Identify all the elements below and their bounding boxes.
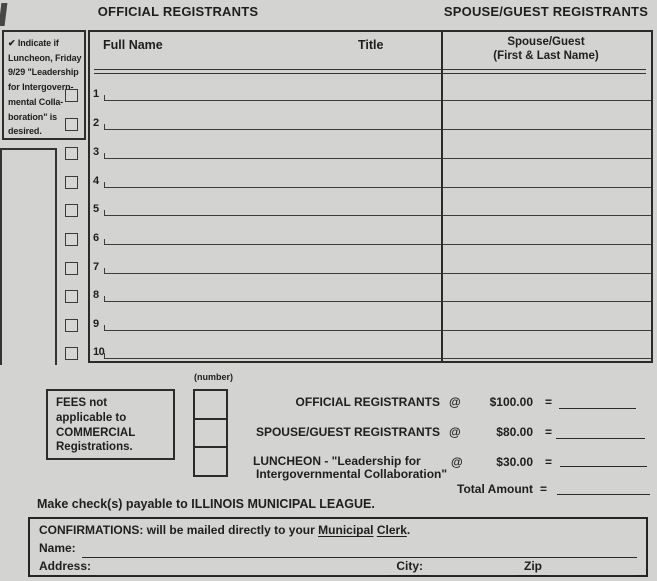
equals-sign: = (545, 425, 552, 439)
registration-form-page: OFFICIAL REGISTRANTS SPOUSE/GUEST REGIST… (0, 0, 657, 581)
official-fee-amount: $100.00 (455, 395, 533, 409)
row-number: 4 (93, 175, 99, 187)
registration-table: Full Name Title Spouse/Guest (First & La… (88, 30, 653, 363)
zip-label: Zip (524, 558, 542, 576)
spouse-guest-fee-label: SPOUSE/GUEST REGISTRANTS (256, 425, 440, 439)
spouse-guest-header-line1: Spouse/Guest (443, 36, 649, 50)
row-number: 9 (93, 318, 99, 330)
title-column-header: Title (358, 38, 383, 52)
address-label: Address: (39, 558, 91, 576)
spouse-guest-line[interactable] (443, 325, 651, 331)
clerk-underlined: Clerk (377, 523, 407, 537)
checkbox-column-bracket (0, 148, 57, 365)
spouse-guest-line[interactable] (443, 153, 651, 159)
full-name-column-header: Full Name (103, 38, 163, 52)
fees-note-line4: Registrations. (56, 440, 173, 455)
spouse-guest-header-line2: (First & Last Name) (443, 50, 649, 64)
luncheon-fee-amount: $30.00 (455, 455, 533, 469)
spouse-guest-line[interactable] (443, 239, 651, 245)
spouse-guest-total-line[interactable] (556, 426, 645, 439)
row-number: 6 (93, 232, 99, 244)
spouse-guest-line[interactable] (443, 296, 651, 302)
full-name-title-line[interactable] (104, 239, 442, 245)
row-number: 5 (93, 203, 99, 215)
make-checks-payable-text: Make check(s) payable to ILLINOIS MUNICI… (37, 497, 375, 511)
luncheon-checkbox[interactable] (65, 347, 78, 360)
note-line-3: 9/29 "Leadership (8, 65, 82, 80)
spouse-column-divider (441, 32, 443, 361)
spouse-guest-line[interactable] (443, 210, 651, 216)
spouse-guest-registrants-heading: SPOUSE/GUEST REGISTRANTS (436, 4, 656, 19)
confirmations-text: CONFIRMATIONS: will be mailed directly t… (39, 522, 637, 540)
row-number: 10 (93, 346, 104, 358)
luncheon-fee-label-line2: Intergovernmental Collaboration" (256, 467, 447, 481)
row-number: 8 (93, 289, 99, 301)
official-registrants-heading: OFFICIAL REGISTRANTS (88, 4, 268, 19)
row-number: 3 (93, 146, 99, 158)
confirmations-prefix: CONFIRMATIONS: will be mailed directly t… (39, 523, 315, 537)
full-name-title-line[interactable] (104, 325, 442, 331)
row-number: 2 (93, 117, 99, 129)
city-label: City: (396, 558, 423, 576)
count-boxes (193, 389, 228, 477)
header-double-rule (94, 69, 646, 74)
number-caption: (number) (194, 372, 233, 382)
luncheon-checkbox[interactable] (65, 118, 78, 131)
note-text: Indicate if (18, 38, 59, 48)
row-number: 1 (93, 88, 99, 100)
spouse-guest-line[interactable] (443, 268, 651, 274)
full-name-title-line[interactable] (104, 95, 442, 101)
fees-note-line2: applicable to (56, 411, 173, 426)
luncheon-count-box[interactable] (195, 446, 226, 475)
luncheon-checkbox[interactable] (65, 204, 78, 217)
fees-note-line3: COMMERCIAL (56, 426, 173, 441)
spouse-guest-count-box[interactable] (195, 418, 226, 447)
luncheon-checkbox[interactable] (65, 290, 78, 303)
spouse-guest-column-header: Spouse/Guest (First & Last Name) (443, 36, 649, 63)
scan-artifact (0, 3, 7, 26)
name-input-line[interactable] (82, 544, 637, 558)
city-input-line[interactable] (429, 562, 516, 576)
full-name-title-line[interactable] (104, 124, 442, 130)
equals-sign: = (545, 395, 552, 409)
zip-input-line[interactable] (548, 562, 635, 576)
total-amount-label: Total Amount (457, 482, 533, 496)
luncheon-checkbox[interactable] (65, 147, 78, 160)
luncheon-checkbox[interactable] (65, 233, 78, 246)
luncheon-checkbox[interactable] (65, 176, 78, 189)
full-name-title-line[interactable] (104, 296, 442, 302)
full-name-title-line[interactable] (104, 182, 442, 188)
full-name-title-line[interactable] (104, 268, 442, 274)
full-name-title-line[interactable] (104, 353, 442, 359)
confirmations-box: CONFIRMATIONS: will be mailed directly t… (28, 517, 648, 577)
full-name-title-line[interactable] (104, 153, 442, 159)
row-number: 7 (93, 261, 99, 273)
municipal-underlined: Municipal (318, 523, 373, 537)
official-registrants-fee-label: OFFICIAL REGISTRANTS (296, 395, 440, 409)
luncheon-fee-label-line1: LUNCHEON - "Leadership for (253, 454, 421, 468)
note-line-2: Luncheon, Friday (8, 51, 82, 66)
note-line-1: ✔ Indicate if (8, 36, 82, 51)
spouse-guest-fee-amount: $80.00 (455, 425, 533, 439)
luncheon-total-line[interactable] (560, 454, 647, 467)
equals-sign: = (545, 455, 552, 469)
luncheon-checkbox[interactable] (65, 319, 78, 332)
equals-sign: = (540, 482, 547, 496)
spouse-guest-line[interactable] (443, 353, 651, 359)
full-name-title-line[interactable] (104, 210, 442, 216)
grand-total-line[interactable] (557, 482, 650, 495)
address-input-line[interactable] (97, 562, 388, 576)
luncheon-checkbox[interactable] (65, 262, 78, 275)
name-label: Name: (39, 540, 76, 558)
luncheon-checkbox[interactable] (65, 89, 78, 102)
check-mark-icon: ✔ (8, 38, 15, 48)
official-total-line[interactable] (559, 396, 636, 409)
spouse-guest-line[interactable] (443, 124, 651, 130)
fees-note-line1: FEES not (56, 396, 173, 411)
confirmations-period: . (407, 523, 410, 537)
fees-note-box: FEES not applicable to COMMERCIAL Regist… (46, 389, 175, 460)
spouse-guest-line[interactable] (443, 182, 651, 188)
official-count-box[interactable] (195, 391, 226, 418)
spouse-guest-line[interactable] (443, 95, 651, 101)
